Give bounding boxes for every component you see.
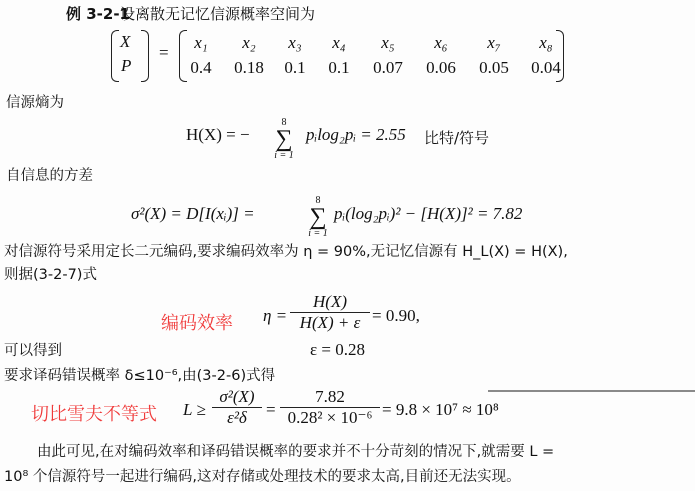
sum-lower: i = 1 bbox=[272, 150, 296, 161]
efficiency-lhs: η = bbox=[263, 306, 287, 325]
frac2-numerator: 7.82 bbox=[280, 388, 380, 406]
chebyshev-rhs: = 9.8 × 10⁷ ≈ 10⁸ bbox=[382, 400, 499, 420]
chebyshev-fraction-1: σ²(X) ε²δ bbox=[212, 388, 262, 427]
matrix-P: P bbox=[121, 56, 131, 75]
matrix-equals: = bbox=[159, 43, 169, 63]
chebyshev-lhs: L ≥ bbox=[183, 400, 206, 419]
entropy-lhs: H(X) = − bbox=[186, 125, 250, 145]
variance-label: 自信息的方差 bbox=[6, 164, 93, 185]
symbol-x8: x₈ bbox=[539, 33, 552, 52]
entropy-label: 信源熵为 bbox=[6, 91, 64, 112]
coding-line-2: 则据(3-2-7)式 bbox=[4, 263, 97, 284]
prob-p2: 0.18 bbox=[224, 58, 274, 78]
prob-p7: 0.05 bbox=[469, 58, 519, 78]
chebyshev-eq: = bbox=[266, 400, 276, 420]
epsilon-label: 可以得到 bbox=[4, 339, 62, 360]
efficiency-fraction: H(X) H(X) + ε bbox=[290, 293, 370, 332]
sum-lower: i = 1 bbox=[306, 228, 330, 239]
prob-p4: 0.1 bbox=[314, 58, 364, 78]
variance-sum: 8 ∑ i = 1 bbox=[306, 196, 330, 239]
matrix-X: X bbox=[120, 32, 130, 51]
symbol-x6: x₆ bbox=[434, 33, 447, 52]
conclusion-line-1: 由此可见,在对编码效率和译码错误概率的要求并不十分苛刻的情况下,就需要 L = bbox=[37, 440, 554, 461]
prob-p5: 0.07 bbox=[363, 58, 413, 78]
sigma-icon: ∑ bbox=[306, 206, 330, 228]
symbol-x2: x₂ bbox=[242, 33, 255, 52]
entropy-sum: 8 ∑ i = 1 bbox=[272, 118, 296, 161]
variance-lhs: σ²(X) = D[I(xᵢ)] = bbox=[131, 204, 255, 223]
sigma-icon: ∑ bbox=[272, 128, 296, 150]
prob-p1: 0.4 bbox=[176, 58, 226, 78]
example-intro: 设离散无记忆信源概率空间为 bbox=[120, 3, 315, 24]
entropy-term: pᵢlog₂pᵢ = 2.55 bbox=[306, 125, 406, 144]
symbol-x1: x₁ bbox=[194, 33, 207, 52]
prob-p8: 0.04 bbox=[521, 58, 571, 78]
right-bracket-small bbox=[141, 30, 149, 82]
efficiency-annotation: 编码效率 bbox=[161, 309, 233, 335]
chebyshev-fraction-2: 7.82 0.28² × 10⁻⁶ bbox=[280, 388, 380, 427]
efficiency-rhs: = 0.90, bbox=[372, 306, 420, 326]
efficiency-denominator: H(X) + ε bbox=[290, 314, 370, 332]
symbol-x3: x₃ bbox=[288, 33, 301, 52]
variance-rhs: pᵢ(log₂pᵢ)² − [H(X)]² = 7.82 bbox=[334, 204, 522, 223]
frac2-denominator: 0.28² × 10⁻⁶ bbox=[280, 409, 380, 427]
symbol-x4: x₄ bbox=[332, 33, 345, 52]
chebyshev-annotation: 切比雪夫不等式 bbox=[31, 400, 157, 426]
efficiency-numerator: H(X) bbox=[290, 293, 370, 311]
entropy-unit: 比特/符号 bbox=[424, 127, 489, 148]
prob-p3: 0.1 bbox=[270, 58, 320, 78]
prob-p6: 0.06 bbox=[416, 58, 466, 78]
frac1-numerator: σ²(X) bbox=[212, 388, 262, 406]
left-bracket-small bbox=[111, 30, 119, 82]
divider-line bbox=[488, 390, 695, 392]
coding-line-1: 对信源符号采用定长二元编码,要求编码效率为 η = 90%,无记忆信源有 H_L… bbox=[4, 240, 568, 261]
frac1-denominator: ε²δ bbox=[212, 409, 262, 427]
error-requirement: 要求译码错误概率 δ≤10⁻⁶,由(3-2-6)式得 bbox=[4, 364, 275, 385]
conclusion-line-2: 10⁸ 个信源符号一起进行编码,这对存储或处理技术的要求太高,目前还无法实现。 bbox=[4, 465, 521, 486]
epsilon-value: ε = 0.28 bbox=[310, 340, 365, 360]
symbol-x7: x₇ bbox=[487, 33, 500, 52]
symbol-x5: x₅ bbox=[381, 33, 394, 52]
